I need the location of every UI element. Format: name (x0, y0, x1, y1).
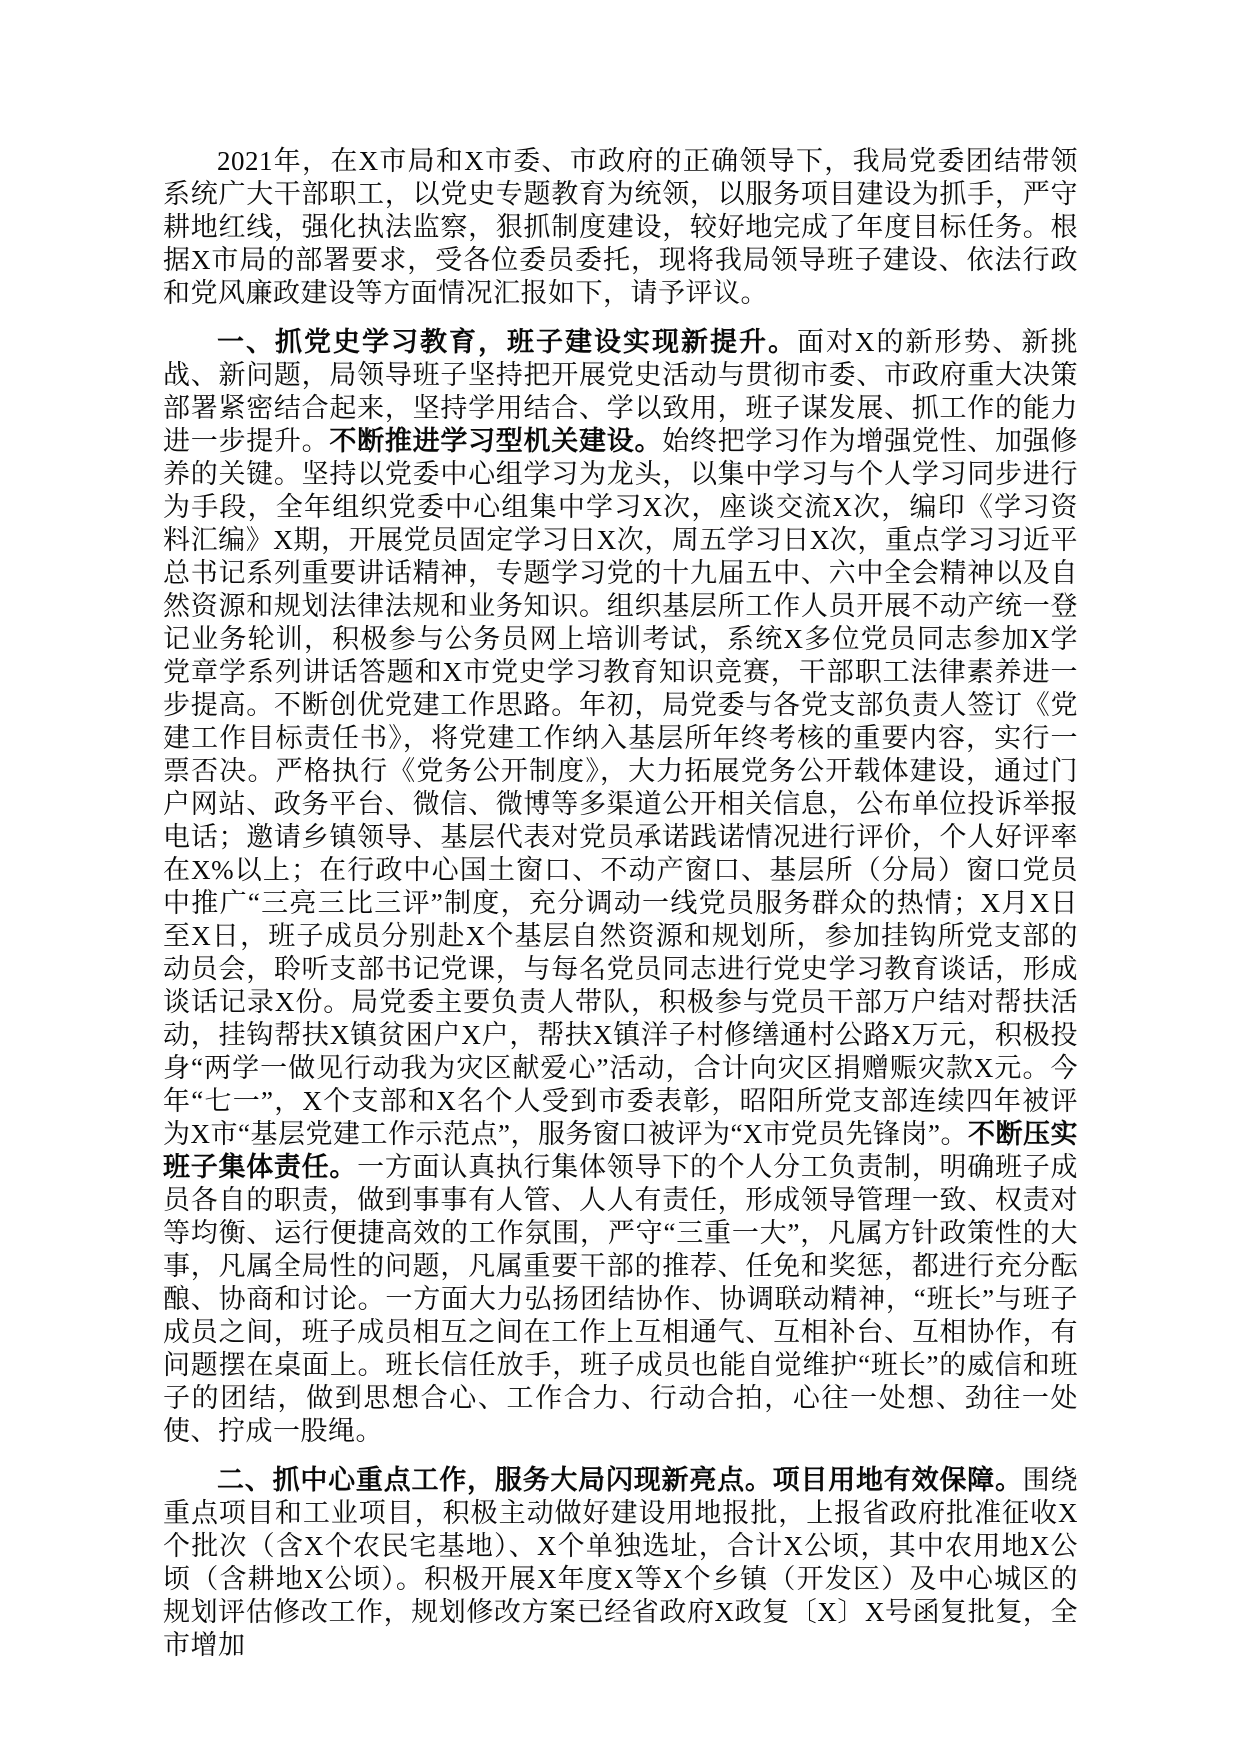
paragraph-section-2: 二、抓中心重点工作，服务大局闪现新亮点。项目用地有效保障。围绕重点项目和工业项目… (163, 1464, 1078, 1662)
section-2-heading-run: 二、抓中心重点工作，服务大局闪现新亮点。 (217, 1465, 773, 1495)
section-2-subhead-land-run: 项目用地有效保障。 (773, 1465, 1023, 1495)
paragraph-section-1: 一、抓党史学习教育，班子建设实现新提升。面对X的新形势、新挑战、新问题，局领导班… (163, 326, 1078, 1448)
document-page: 2021年，在X市局和X市委、市政府的正确领导下，我局党委团结带领系统广大干部职… (0, 0, 1240, 1754)
section-1-text-run: 始终把学习作为增强党性、加强修养的关键。坚持以党委中心组学习为龙头，以集中学习与… (163, 426, 1078, 1149)
section-1-subhead-learning-run: 不断推进学习型机关建设。 (329, 426, 662, 456)
intro-text-run: 2021年，在X市局和X市委、市政府的正确领导下，我局党委团结带领系统广大干部职… (163, 146, 1078, 308)
section-1-text-run: 一方面认真执行集体领导下的个人分工负责制，明确班子成员各自的职责，做到事事有人管… (163, 1152, 1078, 1446)
section-1-heading-run: 一、抓党史学习教育，班子建设实现新提升。 (217, 327, 797, 357)
paragraph-intro: 2021年，在X市局和X市委、市政府的正确领导下，我局党委团结带领系统广大干部职… (163, 145, 1078, 310)
